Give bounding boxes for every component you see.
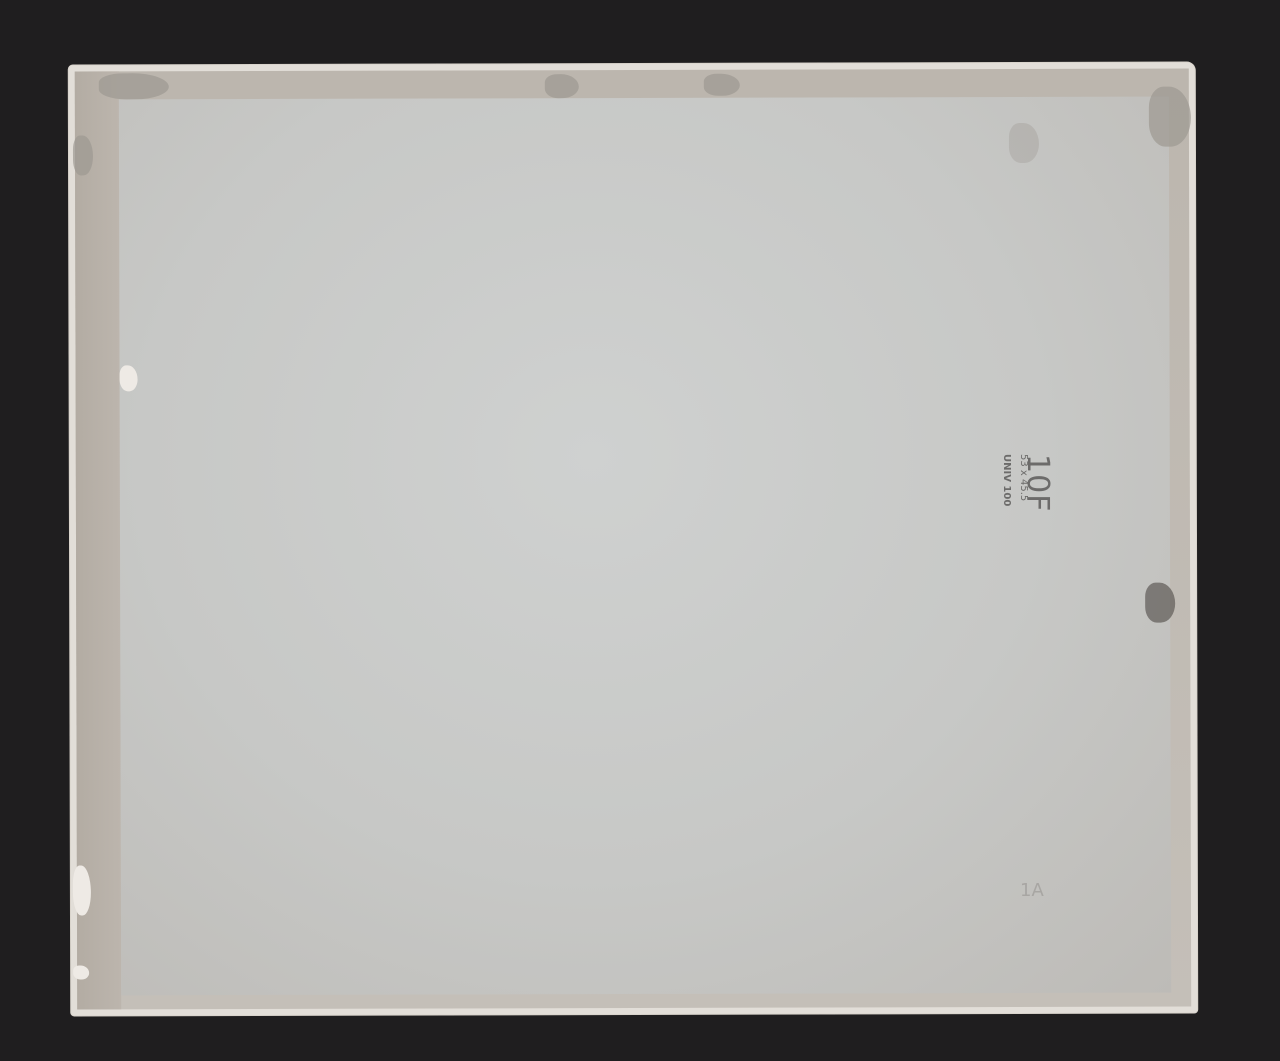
brand-mark: UNIV 100: [1001, 454, 1012, 506]
stain-mark: [1009, 123, 1039, 163]
stain-mark: [99, 73, 169, 99]
damage-mark: [1145, 583, 1175, 623]
stain-mark: [73, 135, 93, 175]
dimensions-mark: 53 x 45.5: [1018, 454, 1029, 501]
painting-board: [69, 63, 1197, 1016]
back-panel: [119, 97, 1171, 996]
paint-chip: [120, 365, 138, 391]
stain-mark: [1149, 87, 1191, 147]
stain-mark: [545, 74, 579, 98]
stain-mark: [704, 74, 740, 96]
corner-mark: 1A: [1020, 880, 1044, 901]
paint-chip: [73, 965, 89, 979]
